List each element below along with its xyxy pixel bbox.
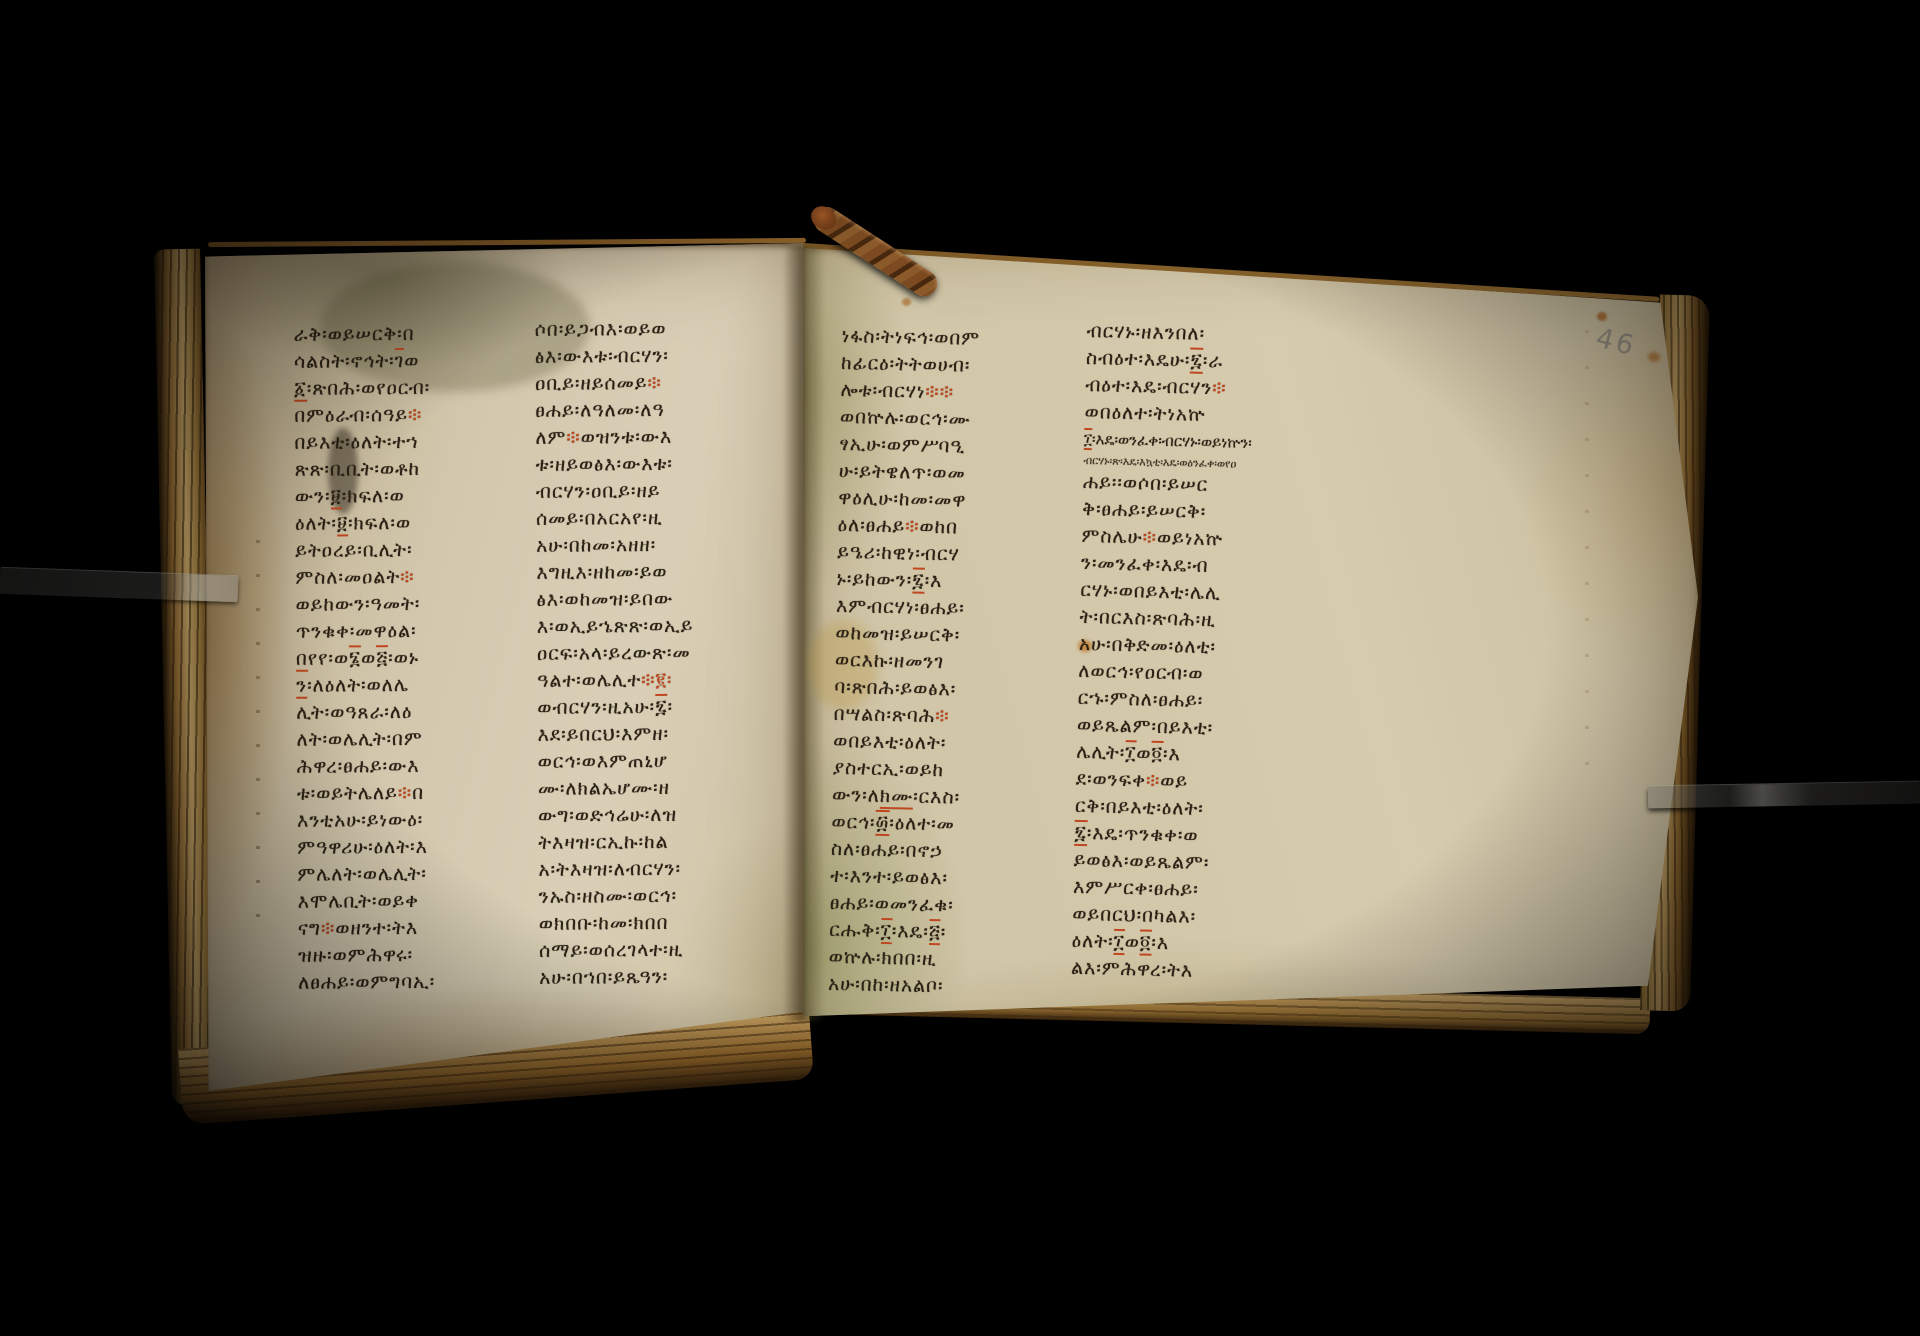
stain-speck (1648, 352, 1660, 362)
text-column-right-2: ብርሃኑ፡ዘእንበለ፡ስብዕተ፡እዴሁ፡፯፡ራብዕተ፡እዴ፡ብርሃን፨ወበዕለተ… (1071, 318, 1355, 988)
manuscript-line: ሊት፡ወዓጸራ፡ለዕ (296, 698, 524, 727)
manuscript-line: ጥንቁቀ፡መዋዕል፡ (296, 617, 524, 646)
manuscript-line: ናግ፨ወዘንተ፡ትእ (298, 914, 526, 943)
manuscript-line: ሙ፡ለክልኤሆሙ፡ዘ (538, 774, 780, 803)
stain-speck (902, 298, 911, 306)
manuscript-line: አ፡ትእዛዝ፡ለብርሃን፡ (538, 855, 780, 884)
manuscript-line: ዐርፍ፡አላ፡ይረውጽ፡መ (537, 639, 779, 668)
manuscript-line: ጽጽ፡ቢቢት፡ወቶከ (295, 455, 523, 484)
manuscript-line: ምዓዋሪሁ፡ዕለት፡እ (297, 833, 525, 862)
manuscript-line: ወብርሃን፡ዚአሁ፡፯፡ (537, 693, 779, 722)
manuscript-line: አሁ፡በኀበ፡ይጼዓን፡ (539, 963, 781, 992)
manuscript-line: ዐቢይ፡ዘይሰመይ፨ (535, 369, 777, 398)
manuscript-line: ሕዋረ፡ፀሐይ፡ውእ (297, 752, 525, 781)
manuscript-line: ወክበቡ፡ከመ፡ክበበ (539, 909, 781, 938)
pricking-holes-left (256, 540, 260, 940)
manuscript-line: ወርኅ፡ወእምጠኒሆ (538, 747, 780, 776)
pricking-holes-right (1585, 330, 1589, 780)
manuscript-line: ቱ፡ወይትሌለይ፨በ (297, 779, 525, 808)
manuscript-line: ራቅ፡ወይሠርቅ፡በ (294, 320, 522, 349)
manuscript-line: ሰማይ፡ወሰረገላተ፡ዚ (539, 936, 781, 965)
manuscript-line: በየየ፡ወ፮ወ፭፡ወኑ (296, 644, 524, 673)
manuscript-line: ሶበ፡ይጋብእ፡ወይወ (535, 315, 777, 344)
manuscript-line: ውን፡፱፡ክፍለ፡ወ (295, 482, 523, 511)
manuscript-line: እግዚእ፡ዘከመ፡ይወ (536, 558, 778, 587)
manuscript-line: እደ፡ይበርህ፡እምዘ፡ (537, 720, 779, 749)
glass-weight-strip-right (1648, 782, 1920, 809)
manuscript-line: ለም፨ወዝንቱ፡ውእ (535, 423, 777, 452)
photo-background: ራቅ፡ወይሠርቅ፡በሳልስት፡ኖኅት፡ገወ፩፡ጽበሕ፡ወየዐርብ፡በምዕራብ፡ሰ… (0, 0, 1920, 1336)
manuscript-line: ሰመይ፡በአርአየ፡ዚ (536, 504, 778, 533)
manuscript-line: ወይከውን፡ዓመት፡ (296, 590, 524, 619)
manuscript-line: ዝዙ፡ወምሕዋሩ፡ (298, 941, 526, 970)
manuscript-line: ንኡስ፡ዘስሙ፡ወርኅ፡ (539, 882, 781, 911)
manuscript-line: ይትዐረይ፡ቢሊት፡ (295, 536, 523, 565)
manuscript-line: አሁ፡በከመ፡አዘዘ፡ (536, 531, 778, 560)
manuscript-line: ፀሐይ፡ለዓለመ፡ለዓ (535, 396, 777, 425)
manuscript-line: አሁ፡በከ፡ዘአልቦ፡ (828, 971, 1073, 1003)
manuscript-line: ፩፡ጽበሕ፡ወየዐርብ፡ (294, 374, 522, 403)
manuscript-line: ቱ፡ዘይወፅእ፡ውእቱ፡ (536, 450, 778, 479)
text-column-left-1: ራቅ፡ወይሠርቅ፡በሳልስት፡ኖኅት፡ገወ፩፡ጽበሕ፡ወየዐርብ፡በምዕራብ፡ሰ… (294, 320, 527, 997)
text-column-left-2: ሶበ፡ይጋብእ፡ወይወፅእ፡ውእቱ፡ብርሃን፡ዐቢይ፡ዘይሰመይ፨ፀሐይ፡ለዓለ… (535, 315, 782, 992)
manuscript-line: ለት፡ወሌሊት፡በም (296, 725, 524, 754)
manuscript-line: ብርሃን፡ዐቢይ፡ዘይ (536, 477, 778, 506)
manuscript-line: በይእቲ፡ዕለት፡ተኀ (294, 428, 522, 457)
manuscript-line: ዕለት፡፱፡ክፍለ፡ወ (295, 509, 523, 538)
stain-speck (1597, 312, 1607, 321)
manuscript-line: ሳልስት፡ኖኅት፡ገወ (294, 347, 522, 376)
text-column-right-1: ነፋስ፡ትነፍኅ፡ወበምከፊርዕ፡ትትወሀብ፡ሎቱ፡ብርሃነ፨፨ወበኵሉ፡ወርኅ… (828, 323, 1086, 1003)
manuscript-line: በምዕራብ፡ሰዓይ፨ (294, 401, 522, 430)
manuscript-line: ፅእ፡ውእቱ፡ብርሃን፡ (535, 342, 777, 371)
manuscript-line: እንቲአሁ፡ይነውዕ፡ (297, 806, 525, 835)
manuscript-line: ምሌለት፡ወሌሊት፡ (297, 860, 525, 889)
manuscript-line: ዓልተ፡ወሌሊተ፨፪፡ (537, 666, 779, 695)
manuscript-line: ትእዛዝ፡ርኢኩ፡ከል (538, 828, 780, 857)
manuscript-line: ፅእ፡ወከመዝ፡ይበው (537, 585, 779, 614)
manuscript-line: ምስለ፡መዐልት፨ (295, 563, 523, 592)
manuscript-line: እ፡ወኢይኄጽጽ፡ወኢይ (537, 612, 779, 641)
manuscript-line: ን፡ለዕለት፡ወለሌ (296, 671, 524, 700)
manuscript-line: እሞሌቢት፡ወይቀ (298, 887, 526, 916)
manuscript-line: ለፀሐይ፡ወምግባኢ፡ (298, 968, 526, 997)
manuscript-line: ውግ፡ወድኅሬሁ፡ለዝ (538, 801, 780, 830)
